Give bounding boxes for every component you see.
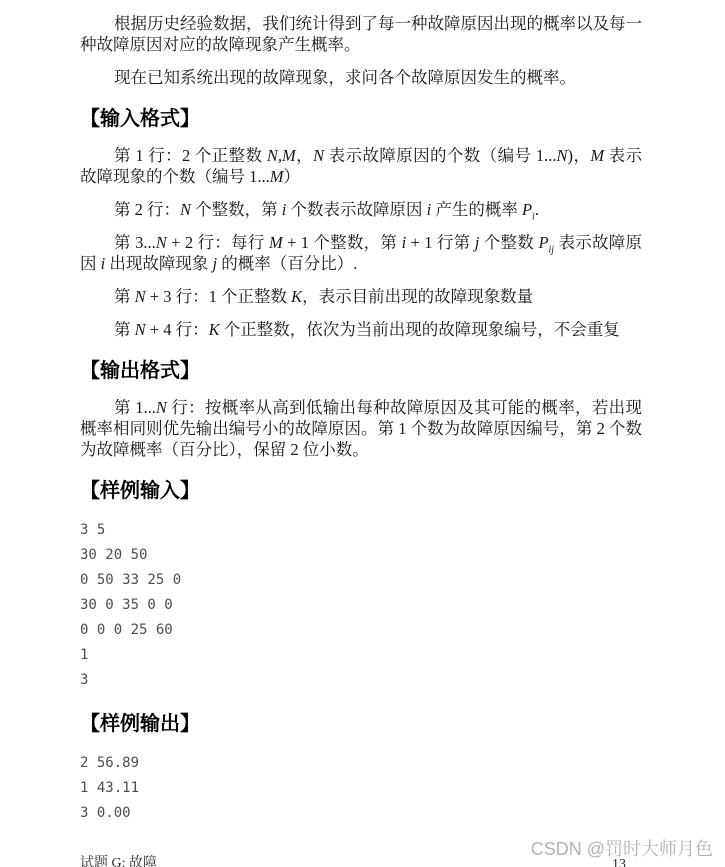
input-format-paragraph: 第 1 行：2 个正整数 N,M，N 表示故障原因的个数（编号 1...N)，M… <box>80 145 642 187</box>
input-format-paragraph: 第 N + 4 行：K 个正整数，依次为当前出现的故障现象编号，不会重复 <box>80 319 642 340</box>
input-format-paragraph: 第 2 行：N 个整数，第 i 个数表示故障原因 i 产生的概率 Pi. <box>80 199 642 220</box>
text-segment: . <box>535 200 539 219</box>
math-variable: N <box>557 146 568 165</box>
text-segment: + 1 行第 <box>406 233 475 252</box>
math-variable: N <box>156 398 167 417</box>
code-line: 1 43.11 <box>80 776 642 801</box>
code-line: 2 56.89 <box>80 751 642 776</box>
intro-paragraph: 现在已知系统出现的故障现象，求问各个故障原因发生的概率。 <box>80 67 642 88</box>
text-segment: 第 1 行：2 个正整数 <box>114 146 267 165</box>
math-variable: N <box>156 233 167 252</box>
section-heading-sample-input: 【样例输入】 <box>80 478 642 504</box>
section-heading-output-format: 【输出格式】 <box>80 358 642 384</box>
text-segment: ，表示目前出现的故障现象数量 <box>302 287 533 306</box>
document-page: 根据历史经验数据，我们统计得到了每一种故障原因出现的概率以及每一种故障原因对应的… <box>0 0 725 867</box>
input-format-paragraph: 第 N + 3 行：1 个正整数 K，表示目前出现的故障现象数量 <box>80 286 642 307</box>
text-segment: + 4 行： <box>146 320 209 339</box>
section-heading-sample-output: 【样例输出】 <box>80 711 642 737</box>
code-line: 3 0.00 <box>80 801 642 826</box>
code-line: 3 5 <box>80 518 642 543</box>
math-variable: N,M <box>267 146 296 165</box>
code-line: 30 0 35 0 0 <box>80 593 642 618</box>
code-line: 3 <box>80 668 642 693</box>
text-segment: 出现故障现象 <box>105 254 212 273</box>
text-segment: 第 <box>114 287 135 306</box>
text-segment: 个正整数，依次为当前出现的故障现象编号，不会重复 <box>220 320 620 339</box>
text-segment: ， <box>296 146 313 165</box>
text-segment: + 1 个整数，第 <box>283 233 402 252</box>
text-segment: + 3 行：1 个正整数 <box>146 287 291 306</box>
text-segment: 第 2 行： <box>114 200 180 219</box>
input-format-paragraph: 第 3...N + 2 行：每行 M + 1 个整数，第 i + 1 行第 j … <box>80 232 642 274</box>
math-variable: M <box>590 146 604 165</box>
math-variable: N <box>180 200 191 219</box>
text-segment: 现在已知系统出现的故障现象，求问各个故障原因发生的概率。 <box>114 68 576 87</box>
text-segment: 根据历史经验数据，我们统计得到了每一种故障原因出现的概率以及每一种故障原因对应的… <box>80 14 642 54</box>
math-variable: K <box>291 287 302 306</box>
math-variable: M <box>270 167 284 186</box>
footer-problem-label: 试题 G: 故障 <box>80 852 157 867</box>
text-segment: + 2 行：每行 <box>167 233 269 252</box>
code-line: 0 50 33 25 0 <box>80 568 642 593</box>
text-segment: 个数表示故障原因 <box>286 200 426 219</box>
text-segment: 产生的概率 <box>431 200 522 219</box>
text-segment: 表示故障原因的个数（编号 1... <box>324 146 556 165</box>
math-variable: N <box>135 287 146 306</box>
text-segment: 第 3... <box>114 233 156 252</box>
section-heading-input-format: 【输入格式】 <box>80 106 642 132</box>
code-line: 30 20 50 <box>80 543 642 568</box>
text-segment: 个整数，第 <box>191 200 282 219</box>
text-segment: 第 <box>114 320 135 339</box>
code-line: 0 0 0 25 60 <box>80 618 642 643</box>
text-segment: 个整数 <box>479 233 538 252</box>
text-segment: 的概率（百分比）. <box>217 254 357 273</box>
math-variable: N <box>313 146 324 165</box>
math-variable: N <box>135 320 146 339</box>
csdn-watermark: CSDN @罚时大师月色 <box>531 835 713 861</box>
math-variable: Pij <box>538 233 554 252</box>
intro-paragraph: 根据历史经验数据，我们统计得到了每一种故障原因出现的概率以及每一种故障原因对应的… <box>80 13 642 55</box>
output-format-paragraph: 第 1...N 行：按概率从高到低输出每种故障原因及其可能的概率，若出现概率相同… <box>80 397 642 460</box>
text-segment: 第 1... <box>114 398 156 417</box>
sample-input-block: 3 530 20 500 50 33 25 030 0 35 0 00 0 0 … <box>80 518 642 693</box>
sample-output-block: 2 56.891 43.113 0.00 <box>80 751 642 826</box>
page-content: 根据历史经验数据，我们统计得到了每一种故障原因出现的概率以及每一种故障原因对应的… <box>80 13 642 832</box>
code-line: 1 <box>80 643 642 668</box>
math-variable: Pi <box>522 200 535 219</box>
math-variable: K <box>209 320 220 339</box>
text-segment: )， <box>568 146 591 165</box>
text-segment: ） <box>284 167 301 186</box>
math-variable: M <box>269 233 283 252</box>
